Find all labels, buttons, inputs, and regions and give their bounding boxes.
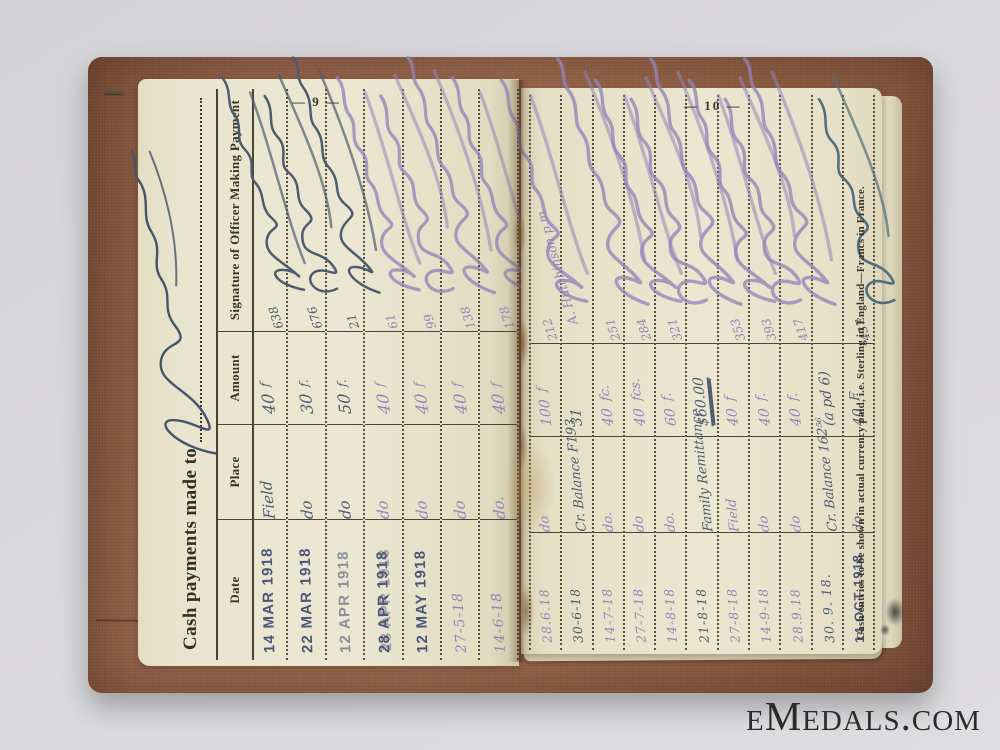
currency-mark: f. xyxy=(785,392,801,401)
place-cell: do. xyxy=(656,437,685,533)
payment-date: 30. 9. 18. xyxy=(817,573,837,644)
amount-cell: (a pd 6) xyxy=(813,344,842,437)
currency-mark: f xyxy=(723,396,739,401)
amount-value: 40 xyxy=(724,408,742,426)
amount-value: 100 xyxy=(536,399,555,426)
date-cell: 28.9.18 xyxy=(781,533,810,650)
balance-ref: 212 xyxy=(540,316,560,342)
balance-ref: 353 xyxy=(728,316,748,342)
payment-date: 27-7-18 xyxy=(630,587,649,643)
amount-value: 40 xyxy=(787,408,805,426)
payments-table-page-10: 28.6.18do100f21230-6-18Cr. Balance F1933… xyxy=(529,95,875,650)
payment-date: 27-8-18 xyxy=(724,587,743,643)
amount-value: 40 xyxy=(599,408,617,426)
payment-date: 14-9-18 xyxy=(755,587,774,643)
page-10-content: 28.6.18do100f21230-6-18Cr. Balance F1933… xyxy=(521,88,882,654)
place-cell: do. xyxy=(594,437,623,533)
currency-mark: f xyxy=(535,387,551,392)
payment-date: 14-7-18 xyxy=(599,587,618,643)
amount-value: $60.00 xyxy=(690,377,713,426)
currency-mark: f. xyxy=(660,392,676,401)
table-row: 28.9.18do40f.417 xyxy=(781,95,812,650)
place-entry: Field xyxy=(724,498,743,532)
place-cell: Family Remittance xyxy=(687,437,716,533)
place-entry: do xyxy=(537,516,554,533)
place-cell: do xyxy=(625,437,654,533)
right-page-sheet: 28.6.18do100f21230-6-18Cr. Balance F1933… xyxy=(0,0,1000,750)
amount-value: (a pd 6) xyxy=(816,371,838,426)
date-cell: 21-8-18 xyxy=(687,533,716,650)
amount-value: 40 xyxy=(631,408,649,426)
auction-photo-pay-book: Cash payments made to DatePlaceAmountSig… xyxy=(0,0,1000,750)
place-entry: do xyxy=(756,516,773,533)
amount-cell: 100f xyxy=(531,344,560,437)
payment-date: 28.6.18 xyxy=(536,588,555,644)
payment-date: 14-8-18 xyxy=(661,587,680,643)
balance-ref: 251 xyxy=(603,316,623,342)
payment-date: 30-6-18 xyxy=(568,587,587,643)
payment-date: 21-8-18 xyxy=(693,587,712,643)
amount-value: 31 xyxy=(568,408,586,426)
place-cell: do xyxy=(750,437,779,533)
place-entry: do xyxy=(788,516,805,533)
payment-date: 28.9.18 xyxy=(787,588,806,644)
date-cell: 14-7-18 xyxy=(594,533,623,650)
amount-cell: 40f. xyxy=(750,344,779,437)
currency-mark: fcs. xyxy=(628,378,646,401)
amount-cell: 40f. xyxy=(781,344,810,437)
balance-ref: 417 xyxy=(790,316,810,342)
amount-cell: 40fcs. xyxy=(625,344,654,437)
date-cell: 14-9-18 xyxy=(750,533,779,650)
place-cell: Field xyxy=(719,437,748,533)
place-entry: do. xyxy=(600,512,617,532)
amount-cell: 31 xyxy=(562,344,591,437)
amount-cell: 40f xyxy=(719,344,748,437)
amount-value: 60 xyxy=(662,408,680,426)
place-cell: do xyxy=(531,437,560,533)
date-cell: 27-7-18 xyxy=(625,533,654,650)
date-cell: 27-8-18 xyxy=(719,533,748,650)
date-cell: 30. 9. 18. xyxy=(813,533,842,650)
emedals-watermark: eMedals.com xyxy=(746,692,981,740)
date-cell: 28.6.18 xyxy=(531,533,560,650)
signature-cell: 417 xyxy=(781,95,810,344)
amount-cell: 60f. xyxy=(656,344,685,437)
table-row: 28.6.18do100f212 xyxy=(531,95,562,650)
currency-mark: fc. xyxy=(597,385,614,402)
balance-ref: 321 xyxy=(665,316,685,342)
place-entry: do xyxy=(631,516,648,533)
page-number-10: — 10 — xyxy=(684,98,742,114)
place-cell: Cr. Balance 162⁵⁶ xyxy=(813,437,842,533)
place-cell: Cr. Balance F193 xyxy=(562,437,591,533)
amount-value: 40 xyxy=(756,408,774,426)
currency-mark: f. xyxy=(754,392,770,401)
amount-cell: $60.00 xyxy=(687,344,716,437)
binding-gutter xyxy=(508,80,530,662)
balance-ref: 393 xyxy=(759,316,779,342)
date-cell: 30-6-18 xyxy=(562,533,591,650)
balance-ref: 284 xyxy=(634,316,654,342)
footer-note: Cash entries to be shown in actual curre… xyxy=(855,124,867,640)
amount-cell: 40fc. xyxy=(594,344,623,437)
date-cell: 14-8-18 xyxy=(656,533,685,650)
place-cell: do xyxy=(781,437,810,533)
place-entry: do. xyxy=(662,512,679,532)
